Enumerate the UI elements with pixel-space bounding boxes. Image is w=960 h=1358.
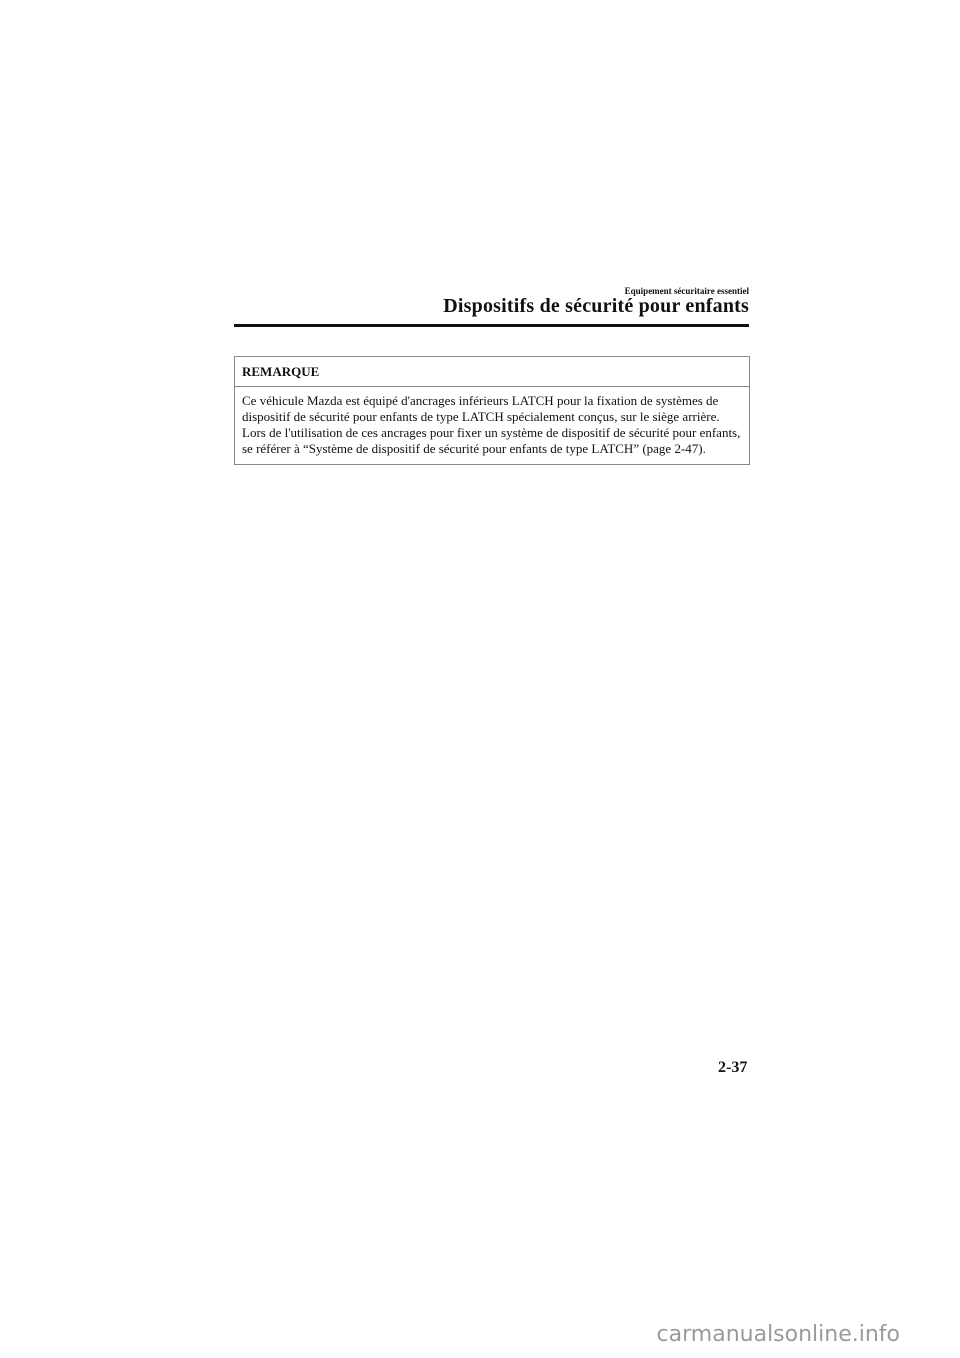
page-number: 2-37 bbox=[718, 1059, 747, 1077]
note-box: REMARQUE Ce véhicule Mazda est équipé d'… bbox=[234, 356, 750, 465]
note-body: Ce véhicule Mazda est équipé d'ancrages … bbox=[235, 387, 749, 464]
watermark: carmanualsonline.info bbox=[657, 1322, 900, 1347]
title-divider bbox=[234, 324, 749, 327]
page-title: Dispositifs de sécurité pour enfants bbox=[443, 295, 749, 318]
note-heading: REMARQUE bbox=[235, 357, 749, 387]
